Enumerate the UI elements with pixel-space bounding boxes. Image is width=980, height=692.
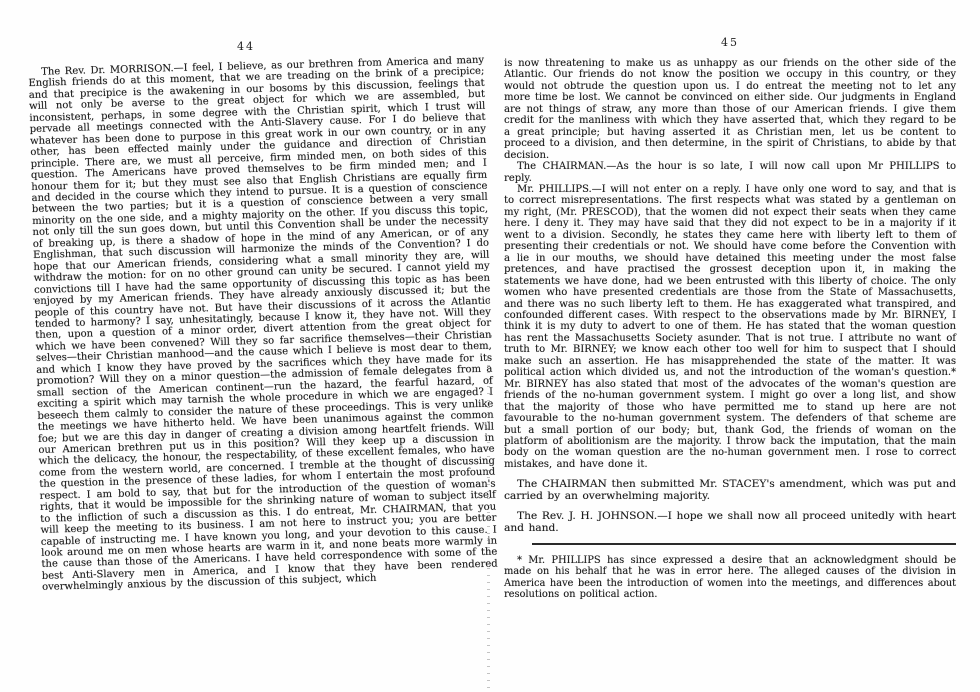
page-number-left: 44 xyxy=(18,40,474,53)
speech-morrison-continued: is now threatening to make us as unhappy… xyxy=(504,58,956,161)
scan-speck xyxy=(33,298,35,300)
scan-speck xyxy=(490,335,492,337)
speech-morrison: The Rev. Dr. MORRISON.—I feel, I believe… xyxy=(28,55,498,594)
scan-speck xyxy=(488,300,490,302)
page-45: 45 is now threatening to make us as unha… xyxy=(504,36,956,610)
gutter-speckles-decoration xyxy=(487,358,490,692)
footnote-phillips-correction: * Mr. PHILLIPS has since expressed a des… xyxy=(504,555,956,600)
footnote-divider xyxy=(532,543,956,545)
speech-johnson: The Rev. J. H. JOHNSON.—I hope we shall … xyxy=(504,510,956,534)
speech-chairman-call: The CHAIRMAN.—As the hour is so late, I … xyxy=(504,161,956,184)
scanned-book-spread: 44 The Rev. Dr. MORRISON.—I feel, I beli… xyxy=(0,0,980,692)
speech-phillips-reply: Mr. PHILLIPS.—I will not enter on a repl… xyxy=(504,184,956,470)
page-number-right: 45 xyxy=(504,36,956,49)
page-45-text-block: is now threatening to make us as unhappy… xyxy=(504,58,956,600)
page-44: 44 The Rev. Dr. MORRISON.—I feel, I beli… xyxy=(28,40,484,594)
chairman-amendment-result: The CHAIRMAN then submitted Mr. STACEY's… xyxy=(504,478,956,502)
scan-speck xyxy=(944,581,946,583)
page-44-text-block: The Rev. Dr. MORRISON.—I feel, I believe… xyxy=(28,55,498,594)
